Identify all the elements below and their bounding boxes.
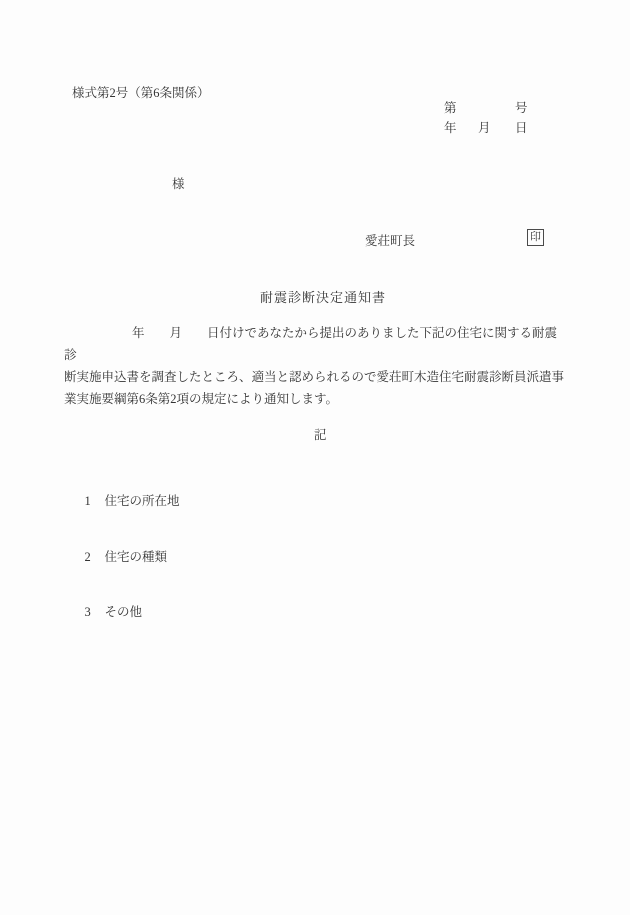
- list-item: 1住宅の所在地: [72, 480, 180, 522]
- section-marker-ki: 記: [314, 428, 327, 442]
- item-label: その他: [105, 605, 143, 619]
- body-line-2: 断実施申込書を調査したところ、適当と認められるので愛荘町木造住宅耐震診断員派遣事: [64, 366, 568, 388]
- document-page: 様式第2号（第6条関係） 第 号 年 月 日 様 愛荘町長 印 耐震診断決定通知…: [0, 0, 630, 915]
- document-number-prefix: 第: [444, 101, 457, 115]
- official-seal-placeholder: 印: [527, 229, 544, 246]
- document-title: 耐震診断決定通知書: [260, 290, 386, 305]
- item-number: 1: [85, 494, 105, 508]
- seal-character: 印: [530, 232, 541, 243]
- body-line-1: 年 月 日付けであなたから提出のありました下記の住宅に関する耐震診: [64, 322, 568, 366]
- date-day-label: 日: [515, 121, 528, 135]
- list-item: 2住宅の種類: [72, 536, 167, 578]
- document-number-suffix: 号: [515, 101, 528, 115]
- body-paragraph: 年 月 日付けであなたから提出のありました下記の住宅に関する耐震診 断実施申込書…: [64, 322, 568, 410]
- item-number: 2: [85, 550, 105, 564]
- date-year-label: 年: [444, 121, 457, 135]
- form-number-label: 様式第2号（第6条関係）: [72, 86, 210, 100]
- addressee-honorific: 様: [172, 177, 185, 191]
- body-line-3: 業実施要綱第6条第2項の規定により通知します。: [64, 388, 568, 410]
- item-label: 住宅の種類: [105, 550, 168, 564]
- sender-name: 愛荘町長: [365, 234, 415, 248]
- date-month-label: 月: [478, 121, 491, 135]
- list-item: 3その他: [72, 591, 142, 633]
- item-number: 3: [85, 605, 105, 619]
- item-label: 住宅の所在地: [105, 494, 180, 508]
